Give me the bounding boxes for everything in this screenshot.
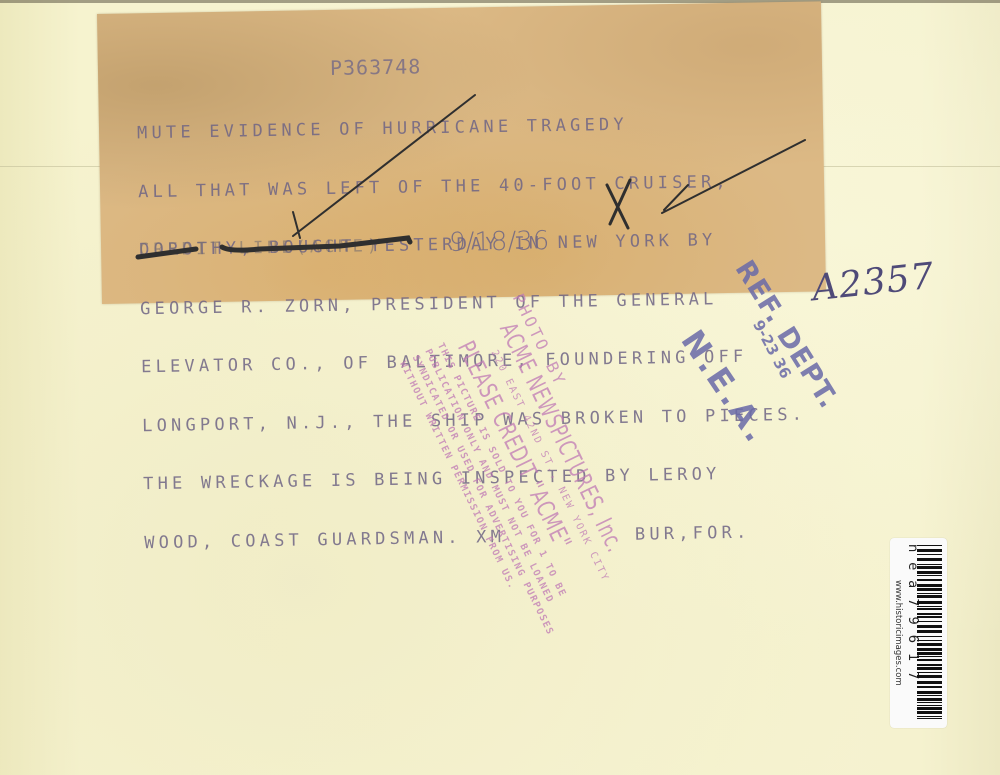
archive-id: P363748 (330, 54, 422, 80)
photo-edge (0, 0, 1000, 3)
barcode-url: www.historicimages.com (893, 580, 902, 686)
barcode-icon (917, 543, 942, 723)
barcode-label: nea79617 www.historicimages.com (890, 538, 947, 728)
caption-line: ALL THAT WAS LEFT OF THE 40-FOOT CRUISER… (138, 171, 802, 202)
caption-line: MUTE EVIDENCE OF HURRICANE TRAGEDY (137, 113, 801, 144)
credit-line: CREDIT LINE(ACME) (139, 236, 381, 260)
caption-date: 9/18/36 (449, 226, 550, 258)
